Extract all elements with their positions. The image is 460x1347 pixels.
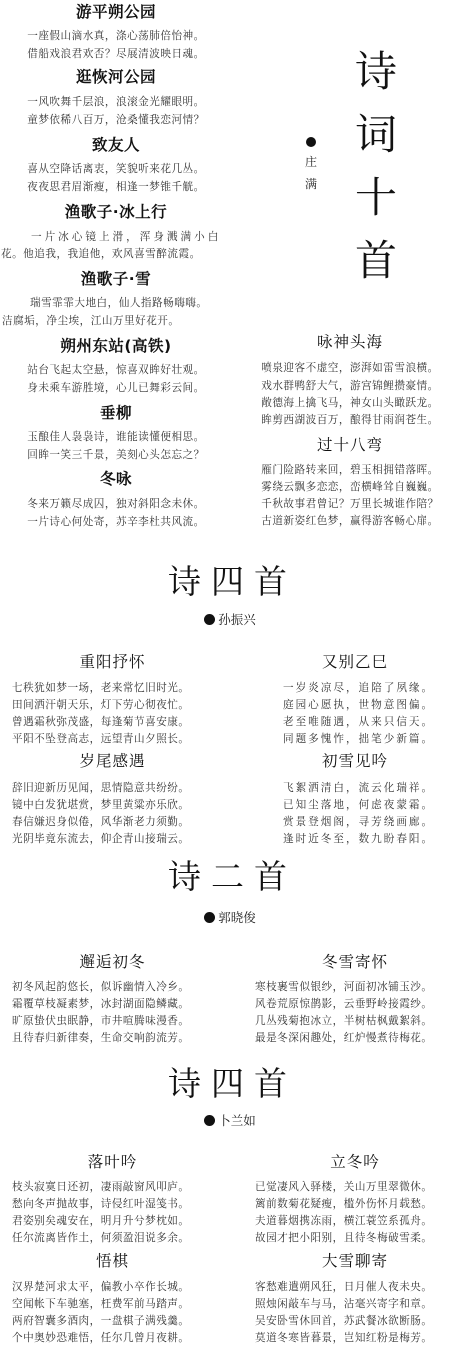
poem-line: 旷原蛰伏虫眠静，市井喧腾味漫香。: [12, 1012, 190, 1030]
poem-line: 一片冰心镜上滑，浑身溅满小白: [31, 228, 221, 246]
poem-line: 夫道暮烟携冻雨，横江蓑笠系孤舟。: [255, 1212, 433, 1230]
poem-line: 雁门险路转来回，碧玉相拥错落晖。: [240, 461, 460, 479]
poem-line: 一风吹舞千层浪，浪滚金光耀眼明。: [0, 93, 232, 111]
section-4-title: 诗四首: [0, 1064, 460, 1104]
poem-title: 咏神头海: [240, 332, 460, 352]
section-3-title: 诗二首: [0, 857, 460, 897]
poem-line: 两府智囊多酒肉，一盘棋子满残羹。: [12, 1312, 190, 1330]
poem-title: 过十八弯: [240, 435, 460, 455]
poem-line: 喜从空降话离衷，笑貌听来花几丛。: [0, 160, 232, 178]
poem-title: 大雪聊寄: [240, 1251, 460, 1271]
poem-line: 君姿别矣魂安在，明月升兮梦枕如。: [12, 1212, 190, 1230]
poem-line: 一座假山滴水真，涤心荡肺倍怡神。: [0, 27, 232, 45]
poem-line: 空闻帐下车驰塞，枉费军前马踏声。: [12, 1295, 190, 1313]
poem-line: 千秋故事君曾记？万里长城谁作陪？: [240, 495, 460, 513]
author-char: 庄: [303, 151, 319, 173]
section-1-author: 庄 满: [303, 137, 319, 195]
poem-line: 古道新姿红色梦，赢得游客畅心扉。: [240, 512, 460, 530]
poem-title: 致友人: [0, 135, 232, 155]
poem-line: 客愁难遣朔风狂，日月催人夜未央。: [255, 1278, 433, 1296]
poem-title: 初雪见吟: [240, 751, 460, 771]
poem-line: 田间洒汗朝天乐，灯下劳心彻夜忙。: [12, 696, 190, 714]
poem-line: 夜夜思君眉渐瘦，相逢一梦锥千觥。: [0, 178, 232, 196]
bullet-icon: [306, 137, 316, 147]
poem-line: 春信嫌迟身似倦，风华渐老力须勤。: [12, 813, 190, 831]
poem-line: 眸剪西湖波百万，酿得甘雨润苍生。: [240, 411, 460, 429]
poem-line: 愁向冬声抛故事，诗侵红叶湿笺书。: [12, 1195, 190, 1213]
poem-title: 重阳抒怀: [0, 652, 225, 672]
poem-line: 风卷荒原惊鹊影，云垂野岭接霞纱。: [255, 995, 433, 1013]
section-2-title: 诗四首: [0, 562, 460, 602]
poem-line: 瑞雪霏霏大地白，仙人指路畅嗨嗨。: [30, 294, 208, 312]
poem-line: 霜覆草枝凝素梦，冰封湖面隐鳞藏。: [12, 995, 190, 1013]
section-4-author: 卜兰如: [0, 1113, 460, 1129]
title-char: 诗: [351, 40, 401, 103]
poem-line: 最是冬深闲趣处，红炉慢煮待梅花。: [255, 1029, 433, 1047]
poem-line: 雾绕云飘多恋恋，峦横峰耸自巍巍。: [240, 478, 460, 496]
section-3-author: 郭晓俊: [0, 910, 460, 926]
author-name: 郭晓俊: [218, 910, 256, 925]
author-name: 孙振兴: [218, 612, 256, 627]
poem-title: 邂逅初冬: [0, 952, 225, 972]
poem-line: 枝头寂寞日还初，凄雨敲窗风叩庐。: [12, 1178, 190, 1196]
poem-title: 逛恢河公园: [0, 67, 232, 87]
poem-line: 曾遇霜秋弥茂盛，每逢菊节喜安康。: [12, 713, 190, 731]
poem-title: 垂柳: [0, 403, 232, 423]
poem-line: 光阴毕竟东流去，仰企青山接瑞云。: [12, 830, 190, 848]
poem-line: 老至唯随遇，从来只信天。: [283, 713, 434, 731]
poem-line: 七秩犹如梦一场，老来常忆旧时光。: [12, 679, 190, 697]
poem-line: 故园才把小阳别，且待冬梅破雪柔。: [255, 1229, 433, 1247]
poem-line: 辞旧迎新历见闻，思情隐意共纷纷。: [12, 779, 190, 797]
poem-line: 莫道冬寒皆暮景，岂知红粉是梅芳。: [255, 1329, 433, 1347]
section-2-author: 孙振兴: [0, 612, 460, 628]
poem-line: 花。他追我，我追他，欢风喜雪醉流霞。: [1, 245, 201, 263]
author-char: 满: [303, 173, 319, 195]
poem-line: 镜中白发犹堪赏，梦里黄粱亦乐欣。: [12, 796, 190, 814]
poem-line: 寒枝裹雪似银纱，河面初冰铺玉沙。: [255, 978, 433, 996]
poem-line: 回眸一笑三千景，美刻心头怎忘之？: [0, 446, 232, 464]
section-1-title: 诗 词 十 首: [351, 40, 401, 292]
poem-line: 几丛残菊抱冰立，半树枯枫戴絮斜。: [255, 1012, 433, 1030]
poem-line: 赏景登烟阁，寻芳绕画廊。: [283, 813, 434, 831]
poem-line: 已觉凄风入驿楼，关山万里翠微休。: [255, 1178, 433, 1196]
title-char: 首: [351, 229, 401, 292]
poem-line: 逢时近冬至，数九盼春阳。: [283, 830, 434, 848]
poem-line: 戏水群鸭舒大气，游宫锦鲤攒豪情。: [240, 377, 460, 395]
poem-line: 敞德海上擒飞马，神女山头瞰跃龙。: [240, 394, 460, 412]
poem-line: 汉界楚河求太平，偏教小卒作长城。: [12, 1278, 190, 1296]
poem-title: 游平朔公园: [0, 2, 232, 22]
poem-title: 立冬吟: [240, 1152, 460, 1172]
poem-line: 飞絮洒清白，流云化瑞祥。: [283, 779, 434, 797]
poem-line: 初冬风起韵悠长，似诉幽情入冷乡。: [12, 978, 190, 996]
poem-line: 玉酿佳人袅袅诗，谁能读懂便相思。: [0, 428, 232, 446]
bullet-icon: [204, 614, 215, 625]
title-char: 十: [351, 166, 401, 229]
poem-line: 喷泉迎客不虚空，澎湃如雷雪浪横。: [240, 359, 460, 377]
poem-title: 冬雪寄怀: [240, 952, 460, 972]
bullet-icon: [204, 1115, 215, 1126]
poem-title: 渔歌子·冰上行: [0, 202, 232, 222]
poem-title: 悟棋: [0, 1251, 225, 1271]
poem-title: 又别乙巳: [240, 652, 460, 672]
poem-line: 照烛闲敲车与马，沾毫兴寄字和章。: [255, 1295, 433, 1313]
poem-line: 借船戏浪君欢否？尽展清波映日魂。: [0, 45, 232, 63]
poem-line: 已知尘落地，何虑夜蒙霜。: [283, 796, 434, 814]
poem-line: 一岁炎凉尽，追陪了夙缘。: [283, 679, 434, 697]
poem-line: 任尔流离皆作土，何须盈泪说多余。: [12, 1229, 190, 1247]
poem-line: 童梦依稀八百万，沧桑懂我恋河情？: [0, 111, 232, 129]
poem-line: 同题多愧怍，拙笔少新篇。: [283, 730, 434, 748]
poem-title: 朔州东站(高铁): [0, 336, 232, 356]
poem-line: 且待春归新律奏，生命交响韵流芳。: [12, 1029, 190, 1047]
bullet-icon: [204, 912, 215, 923]
poem-line: 一片诗心何处寄，苏辛李杜共风流。: [0, 513, 232, 531]
poem-line: 冬来万籁尽成囚，独对斜阳念未休。: [0, 495, 232, 513]
poem-title: 冬咏: [0, 469, 232, 489]
poem-title: 渔歌子·雪: [0, 269, 232, 289]
author-name: 卜兰如: [218, 1113, 256, 1128]
poem-line: 洁腐垢，净尘埃，江山万里好花开。: [2, 312, 180, 330]
poem-line: 篱前数菊花疑瘦，槛外伤怀月载愁。: [255, 1195, 433, 1213]
poem-line: 身未乘车游胜境，心儿已舞彩云间。: [0, 379, 232, 397]
poem-title: 落叶吟: [0, 1152, 225, 1172]
poem-line: 平阳不坠登高志，远望青山夕照长。: [12, 730, 190, 748]
poem-line: 个中奥妙恐难悟，任尔几曾月夜耕。: [12, 1329, 190, 1347]
poem-line: 吴安卧雪休回首，苏武餐冰欲断肠。: [255, 1312, 433, 1330]
title-char: 词: [351, 103, 401, 166]
poem-line: 站台飞起太空悬，惊喜双眸好壮观。: [0, 361, 232, 379]
poem-line: 庭园心愿执，世物意图偏。: [283, 696, 434, 714]
poem-title: 岁尾感遇: [0, 751, 225, 771]
